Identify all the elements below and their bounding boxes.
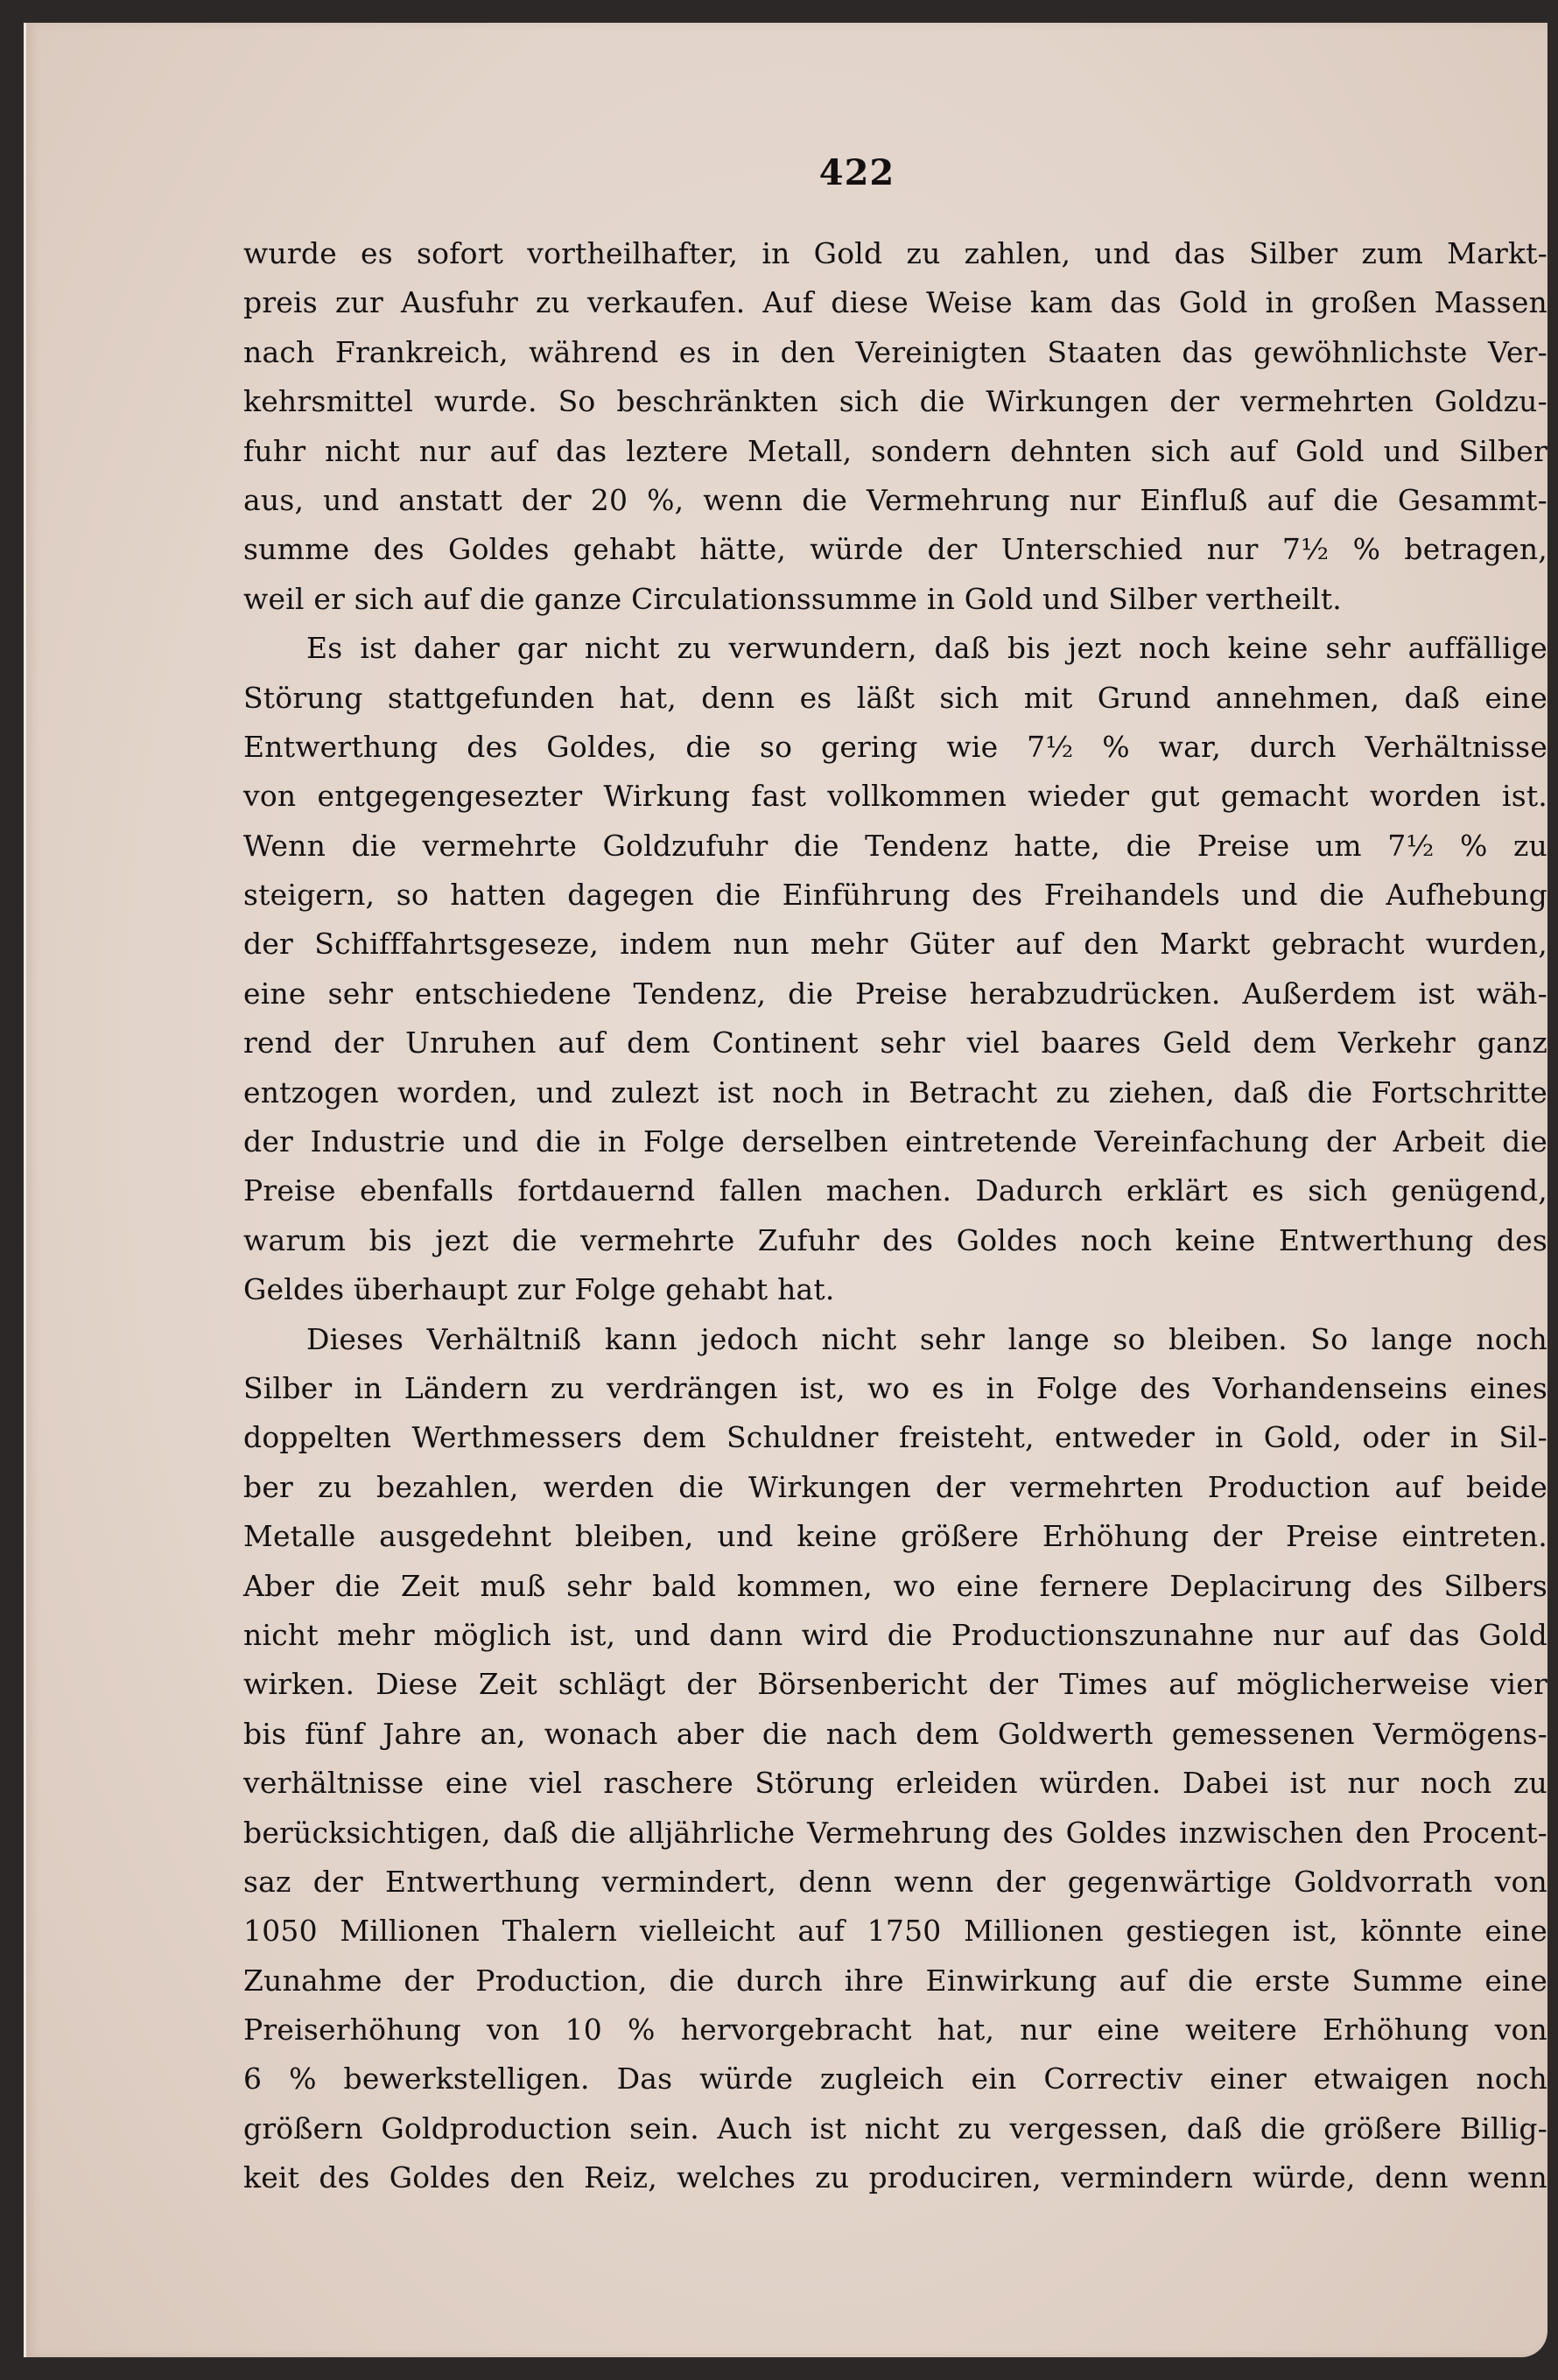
text-line: kehrsmittel wurde. So beschränkten sich … [243,377,1547,426]
text-line: der Industrie und die in Folge derselben… [243,1117,1547,1166]
text-line: entzogen worden, und zulezt ist noch in … [243,1068,1547,1117]
text-line: Störung stattgefunden hat, denn es läßt … [243,674,1547,723]
text-line: doppelten Werthmessers dem Schuldner fre… [243,1413,1547,1462]
text-line: steigern, so hatten dagegen die Einführu… [243,871,1547,920]
text-line: summe des Goldes gehabt hätte, würde der… [243,525,1547,574]
text-line: weil er sich auf die ganze Circulationss… [243,575,1547,624]
text-line: nach Frankreich, während es in den Verei… [243,328,1547,377]
text-line: 1050 Millionen Thalern vielleicht auf 17… [243,1907,1547,1956]
paragraph-first-line: Es ist daher gar nicht zu verwundern, da… [243,624,1547,673]
text-line: ber zu bezahlen, werden die Wirkungen de… [243,1463,1547,1512]
text-line: wurde es sofort vortheilhafter, in Gold … [243,229,1547,278]
text-line: nicht mehr möglich ist, und dann wird di… [243,1611,1547,1660]
text-line: preis zur Ausfuhr zu verkaufen. Auf dies… [243,278,1547,327]
text-line: Preise ebenfalls fortdauernd fallen mach… [243,1166,1547,1215]
text-line: Entwerthung des Goldes, die so gering wi… [243,723,1547,772]
text-line: von entgegengesezter Wirkung fast vollko… [243,772,1547,821]
text-line: Wenn die vermehrte Goldzufuhr die Tenden… [243,822,1547,871]
text-line: saz der Entwerthung vermindert, denn wen… [243,1858,1547,1907]
text-line: Preiserhöhung von 10 % hervorgebracht ha… [243,2005,1547,2054]
text-line: Geldes überhaupt zur Folge gehabt hat. [243,1265,1547,1314]
text-line: verhältnisse eine viel raschere Störung … [243,1759,1547,1808]
text-line: eine sehr entschiedene Tendenz, die Prei… [243,969,1547,1018]
text-line: fuhr nicht nur auf das leztere Metall, s… [243,427,1547,476]
text-line: aus, und anstatt der 20 %, wenn die Verm… [243,476,1547,525]
text-line: Aber die Zeit muß sehr bald kommen, wo e… [243,1562,1547,1611]
text-line: keit des Goldes den Reiz, welches zu pro… [243,2153,1547,2202]
text-line: Metalle ausgedehnt bleiben, und keine gr… [243,1512,1547,1561]
text-line: der Schifffahrtsgeseze, indem nun mehr G… [243,920,1547,969]
text-line: größern Goldproduction sein. Auch ist ni… [243,2104,1547,2153]
text-line: warum bis jezt die vermehrte Zufuhr des … [243,1216,1547,1265]
text-line: Silber in Ländern zu verdrängen ist, wo … [243,1364,1547,1413]
paragraph-first-line: Dieses Verhältniß kann jedoch nicht sehr… [243,1315,1547,1364]
text-line: bis fünf Jahre an, wonach aber die nach … [243,1710,1547,1759]
text-line: rend der Unruhen auf dem Continent sehr … [243,1018,1547,1067]
text-line: 6 % bewerkstelligen. Das würde zugleich … [243,2054,1547,2103]
page-number: 422 [26,152,1547,193]
text-line: wirken. Diese Zeit schlägt der Börsenber… [243,1660,1547,1709]
text-line: Zunahme der Production, die durch ihre E… [243,1956,1547,2005]
text-line: berücksichtigen, daß die alljährliche Ve… [243,1809,1547,1858]
body-text: wurde es sofort vortheilhafter, in Gold … [243,229,1547,2203]
book-page: 422 wurde es sofort vortheilhafter, in G… [24,23,1547,2357]
